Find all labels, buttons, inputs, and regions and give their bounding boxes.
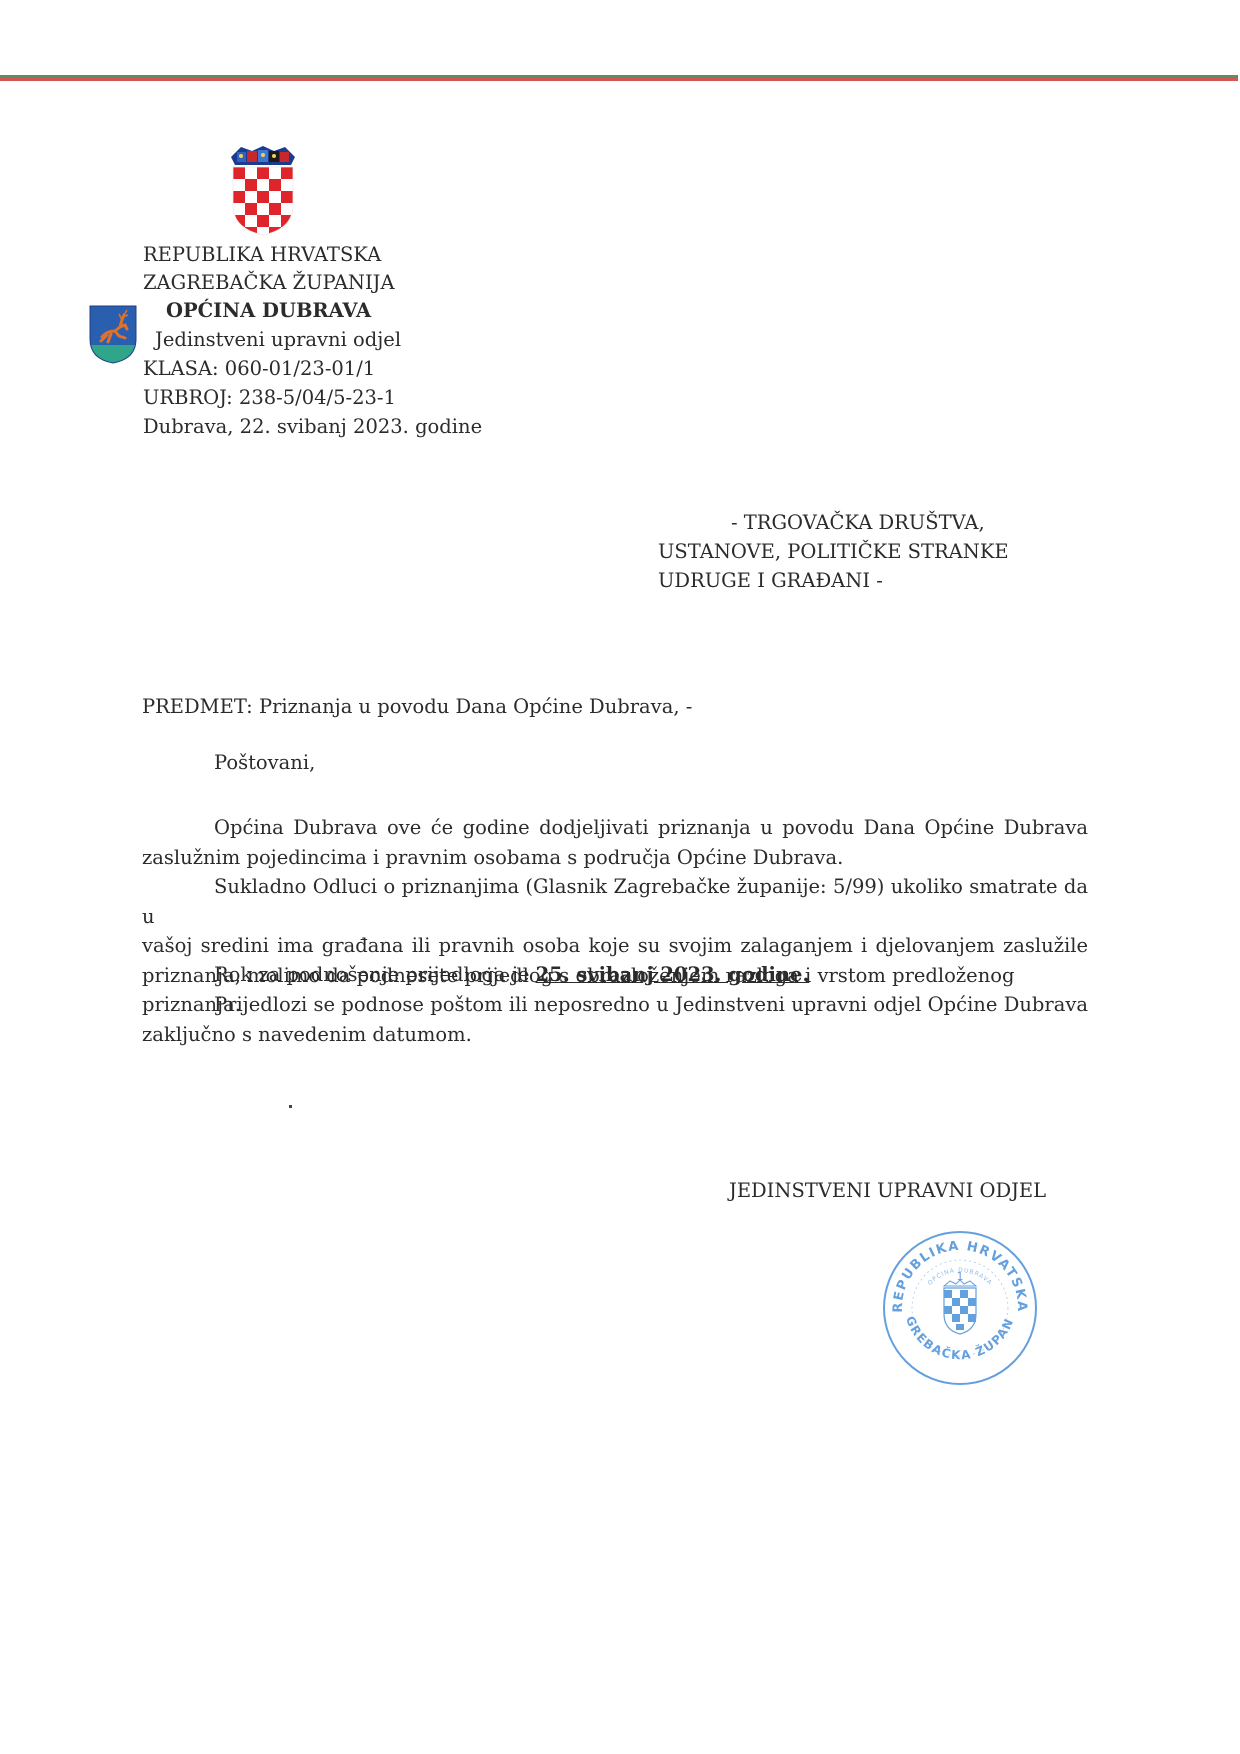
- salutation: Poštovani,: [214, 749, 315, 777]
- signature-label: JEDINSTVENI UPRAVNI ODJEL: [729, 1177, 1046, 1205]
- body-paragraph-1: Općina Dubrava ove će godine dodjeljivat…: [142, 813, 1088, 872]
- deadline-date: 25. svibanj 2023. godine.: [536, 963, 810, 986]
- header-rule: [0, 75, 1238, 81]
- zagreb-county-coat-of-arms-icon: [89, 305, 137, 364]
- klasa-number: KLASA: 060-01/23-01/1: [143, 355, 375, 383]
- header-rule-red: [0, 78, 1238, 81]
- p4-line-2: zaključno s navedenim datumom.: [142, 1020, 1088, 1050]
- svg-text:1: 1: [957, 1270, 964, 1283]
- recipient-line-1: - TRGOVAČKA DRUŠTVA,: [731, 509, 985, 537]
- official-seal-stamp-icon: REPUBLIKA HRVATSKA ZAGREBAČKA ŽUPANIJA O…: [880, 1228, 1040, 1388]
- p2-line-2: vašoj sredini ima građana ili pravnih os…: [142, 931, 1088, 961]
- stray-dot: [289, 1105, 292, 1108]
- recipient-line-2: USTANOVE, POLITIČKE STRANKE: [658, 538, 1009, 566]
- deadline-prefix: Rok za podnošenje prijedloga je: [214, 963, 536, 986]
- letterhead-county: ZAGREBAČKA ŽUPANIJA: [143, 269, 395, 297]
- document-date: Dubrava, 22. svibanj 2023. godine: [143, 413, 482, 441]
- letterhead-municipality: OPĆINA DUBRAVA: [166, 297, 371, 325]
- croatian-coat-of-arms-icon: [228, 143, 298, 236]
- p2-line-1: Sukladno Odluci o priznanjima (Glasnik Z…: [142, 872, 1088, 931]
- recipient-line-3: UDRUGE I GRAĐANI -: [658, 567, 883, 595]
- body-paragraph-4: Prijedlozi se podnose poštom ili neposre…: [142, 990, 1088, 1049]
- letterhead-country: REPUBLIKA HRVATSKA: [143, 241, 381, 269]
- subject-line: PREDMET: Priznanja u povodu Dana Općine …: [142, 693, 692, 721]
- urbroj-number: URBROJ: 238-5/04/5-23-1: [143, 384, 396, 412]
- p1-line-2: zaslužnim pojedincima i pravnim osobama …: [142, 843, 1088, 873]
- p4-line-1: Prijedlozi se podnose poštom ili neposre…: [142, 990, 1088, 1020]
- body-paragraph-3: Rok za podnošenje prijedloga je 25. svib…: [142, 960, 1088, 990]
- letterhead-department: Jedinstveni upravni odjel: [155, 326, 401, 354]
- p1-line-1: Općina Dubrava ove će godine dodjeljivat…: [142, 813, 1088, 843]
